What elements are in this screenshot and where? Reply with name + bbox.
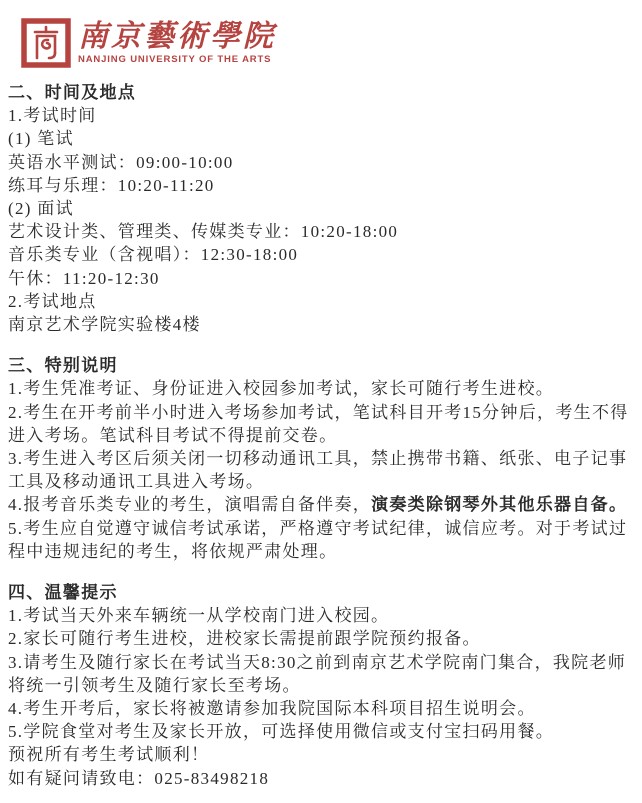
tips-item-1: 1.考试当天外来车辆统一从学校南门进入校园。 (8, 604, 636, 627)
time-line-design-majors: 艺术设计类、管理类、传媒类专业：10:20-18:00 (8, 220, 636, 243)
special-item-1: 1.考生凭准考证、身份证进入校园参加考试，家长可随行考生进校。 (8, 377, 636, 400)
special-item-5: 5.考生应自觉遵守诚信考试承诺，严格遵守考试纪律，诚信应考。对于考试过程中违规违… (8, 517, 636, 563)
time-line-interview: (2) 面试 (8, 197, 636, 220)
university-logo: 南京藝術學院 NANJING UNIVERSITY OF THE ARTS (21, 18, 276, 68)
footer-wish-line: 预祝所有考生考试顺利！ (8, 743, 636, 766)
time-line-written-test: (1) 笔试 (8, 127, 636, 150)
document-body: 二、时间及地点 1.考试时间 (1) 笔试 英语水平测试：09:00-10:00… (8, 81, 636, 790)
time-line-location-value: 南京艺术学院实验楼4楼 (8, 313, 636, 336)
time-line-music-majors: 音乐类专业（含视唱）：12:30-18:00 (8, 243, 636, 266)
university-name-cn: 南京藝術學院 (78, 20, 276, 54)
university-name-en: NANJING UNIVERSITY OF THE ARTS (78, 54, 276, 66)
section-special-heading: 三、特别说明 (8, 354, 636, 377)
footer-contact-line: 如有疑问请致电：025-83498218 (8, 767, 636, 790)
time-line-noon-break: 午休：11:20-12:30 (8, 267, 636, 290)
university-seal-icon (21, 18, 71, 68)
tips-item-4: 4.考生开考后，家长将被邀请参加我院国际本科项目招生说明会。 (8, 697, 636, 720)
special-item-4: 4.报考音乐类专业的考生，演唱需自备伴奏，演奏类除钢琴外其他乐器自备。 (8, 493, 636, 516)
time-line-ear-training: 练耳与乐理：10:20-11:20 (8, 174, 636, 197)
tips-item-3: 3.请考生及随行家长在考试当天8:30之前到南京艺术学院南门集合，我院老师将统一… (8, 651, 636, 697)
tips-item-5: 5.学院食堂对考生及家长开放，可选择使用微信或支付宝扫码用餐。 (8, 720, 636, 743)
document-page: 南京藝術學院 NANJING UNIVERSITY OF THE ARTS 二、… (0, 0, 642, 803)
section-time-heading: 二、时间及地点 (8, 81, 636, 104)
special-item-2: 2.考生在开考前半小时进入考场参加考试，笔试科目开考15分钟后，考生不得进入考场… (8, 401, 636, 447)
special-item-4-text: 4.报考音乐类专业的考生，演唱需自备伴奏， (8, 495, 371, 514)
special-item-3: 3.考生进入考区后须关闭一切移动通讯工具，禁止携带书籍、纸张、电子记事工具及移动… (8, 447, 636, 493)
special-item-4-bold-text: 演奏类除钢琴外其他乐器自备。 (371, 495, 627, 514)
time-line-exam-time: 1.考试时间 (8, 104, 636, 127)
logo-text-block: 南京藝術學院 NANJING UNIVERSITY OF THE ARTS (78, 18, 276, 66)
section-tips-heading: 四、温馨提示 (8, 581, 636, 604)
time-line-english-test: 英语水平测试：09:00-10:00 (8, 151, 636, 174)
time-line-location-label: 2.考试地点 (8, 290, 636, 313)
tips-item-2: 2.家长可随行考生进校，进校家长需提前跟学院预约报备。 (8, 627, 636, 650)
